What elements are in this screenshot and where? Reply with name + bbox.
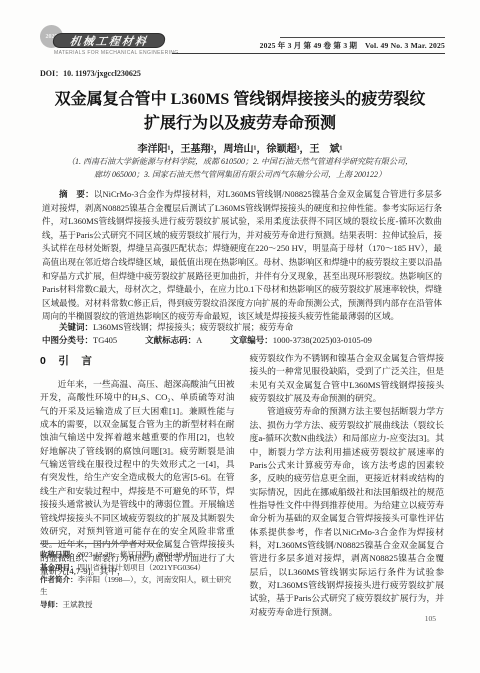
footnote-supervisor-label: 导师： — [40, 600, 63, 609]
left-column: 0 引 言 近年来，一些高温、高压、超深高酸油气田被开发，高酸性环境中的H₂S、… — [40, 352, 235, 633]
affiliation-line2: 廊坊 065000；3. 国家石油天然气管网集团有限公司西气东输分公司，上海 2… — [40, 168, 440, 181]
abstract-label: 摘 要： — [59, 189, 94, 199]
footnote-received-date: 收稿日期：2023-12-29；修订日期：2024-10-18 — [40, 549, 235, 561]
footnote-fund-label: 基金项目： — [40, 563, 78, 572]
footnote-received-label: 收稿日期： — [40, 550, 78, 559]
article-id: 文章编号：1000-3738(2025)03-0105-09 — [230, 334, 372, 346]
keywords-line: 关键词：L360MS管线钢；焊接接头；疲劳裂纹扩展；疲劳寿命 — [42, 321, 442, 333]
page-header: 2025 机械工程材料 MATERIALS FOR MECHANICAL ENG… — [0, 0, 480, 60]
footnote-rule — [40, 543, 158, 544]
article-id-value: 1000-3738(2025)03-0105-09 — [273, 335, 372, 345]
journal-page: 2025 机械工程材料 MATERIALS FOR MECHANICAL ENG… — [0, 0, 480, 673]
document-code-value: A — [196, 335, 202, 345]
document-code: 文献标志码：A — [145, 334, 202, 346]
header-rule-top — [280, 37, 445, 38]
footnote-author-bio: 作者简介：李洋阳（1998—），女，河南安阳人，硕士研究生 — [40, 574, 235, 599]
footnote-supervisor-text: 王斌教授 — [63, 600, 93, 609]
clc-label: 中图分类号： — [42, 335, 93, 345]
section-heading-introduction: 0 引 言 — [40, 354, 235, 370]
journal-title-cn: 机械工程材料 — [52, 33, 166, 48]
article-id-label: 文章编号： — [230, 335, 273, 345]
abstract-text: 以NiCrMo-3合金作为焊接材料，对L360MS管线钢/N08825镍基合金双… — [42, 189, 442, 321]
intro-paragraph-right-2: 管道疲劳寿命的预测方法主要包括断裂力学方法、损伤力学方法、疲劳裂纹扩展曲线法（裂… — [250, 405, 445, 619]
page-number: 105 — [425, 614, 436, 623]
footnote-block: 收稿日期：2023-12-29；修订日期：2024-10-18 基金项目：四川省… — [40, 543, 235, 611]
authors-line: 李洋阳¹，王基翔²，周培山¹，徐颖超³，王 斌¹ — [40, 140, 440, 155]
document-code-label: 文献标志码： — [145, 335, 196, 345]
keywords-text: L360MS管线钢；焊接接头；疲劳裂纹扩展；疲劳寿命 — [93, 322, 293, 332]
article-title-line1: 双金属复合管中 L360MS 管线钢焊接接头的疲劳裂纹 — [30, 88, 450, 112]
classification-line: 中图分类号：TG405 文献标志码：A 文章编号：1000-3738(2025)… — [42, 334, 442, 346]
header-rule-bottom — [172, 53, 445, 54]
issue-info: 2025 年 3 月 第 49 卷 第 3 期 Vol. 49 No. 3 Ma… — [260, 40, 445, 51]
clc-number: 中图分类号：TG405 — [42, 334, 117, 346]
abstract: 摘 要：以NiCrMo-3合金作为焊接材料，对L360MS管线钢/N08825镍… — [42, 188, 442, 324]
article-title-line2: 扩展行为以及疲劳寿命预测 — [30, 112, 450, 136]
clc-value: TG405 — [93, 335, 117, 345]
keywords-label: 关键词： — [59, 322, 93, 332]
affiliations: （1. 西南石油大学新能源与材料学院，成都 610500；2. 中国石油天然气管… — [40, 155, 440, 181]
affiliation-line1: （1. 西南石油大学新能源与材料学院，成都 610500；2. 中国石油天然气管… — [40, 155, 440, 168]
footnote-received-text: 2023-12-29；修订日期：2024-10-18 — [78, 550, 193, 559]
footnote-fund: 基金项目：四川省科技计划项目（2021YFG0364） — [40, 562, 235, 574]
right-column: 疲劳裂纹作为不锈钢和镍基合金双金属复合管焊接接头的一种常见服役缺陷，受到了广泛关… — [250, 352, 445, 633]
footnote-fund-text: 四川省科技计划项目（2021YFG0364） — [78, 563, 206, 572]
article-title: 双金属复合管中 L360MS 管线钢焊接接头的疲劳裂纹 扩展行为以及疲劳寿命预测 — [30, 88, 450, 136]
doi: DOI：10. 11973/jxgccl230625 — [40, 68, 141, 79]
intro-paragraph-right-1: 疲劳裂纹作为不锈钢和镍基合金双金属复合管焊接接头的一种常见服役缺陷，受到了广泛关… — [250, 352, 445, 405]
footnote-supervisor: 导师：王斌教授 — [40, 599, 235, 611]
body-columns: 0 引 言 近年来，一些高温、高压、超深高酸油气田被开发，高酸性环境中的H₂S、… — [40, 352, 444, 633]
footnote-author-bio-label: 作者简介： — [40, 575, 78, 584]
